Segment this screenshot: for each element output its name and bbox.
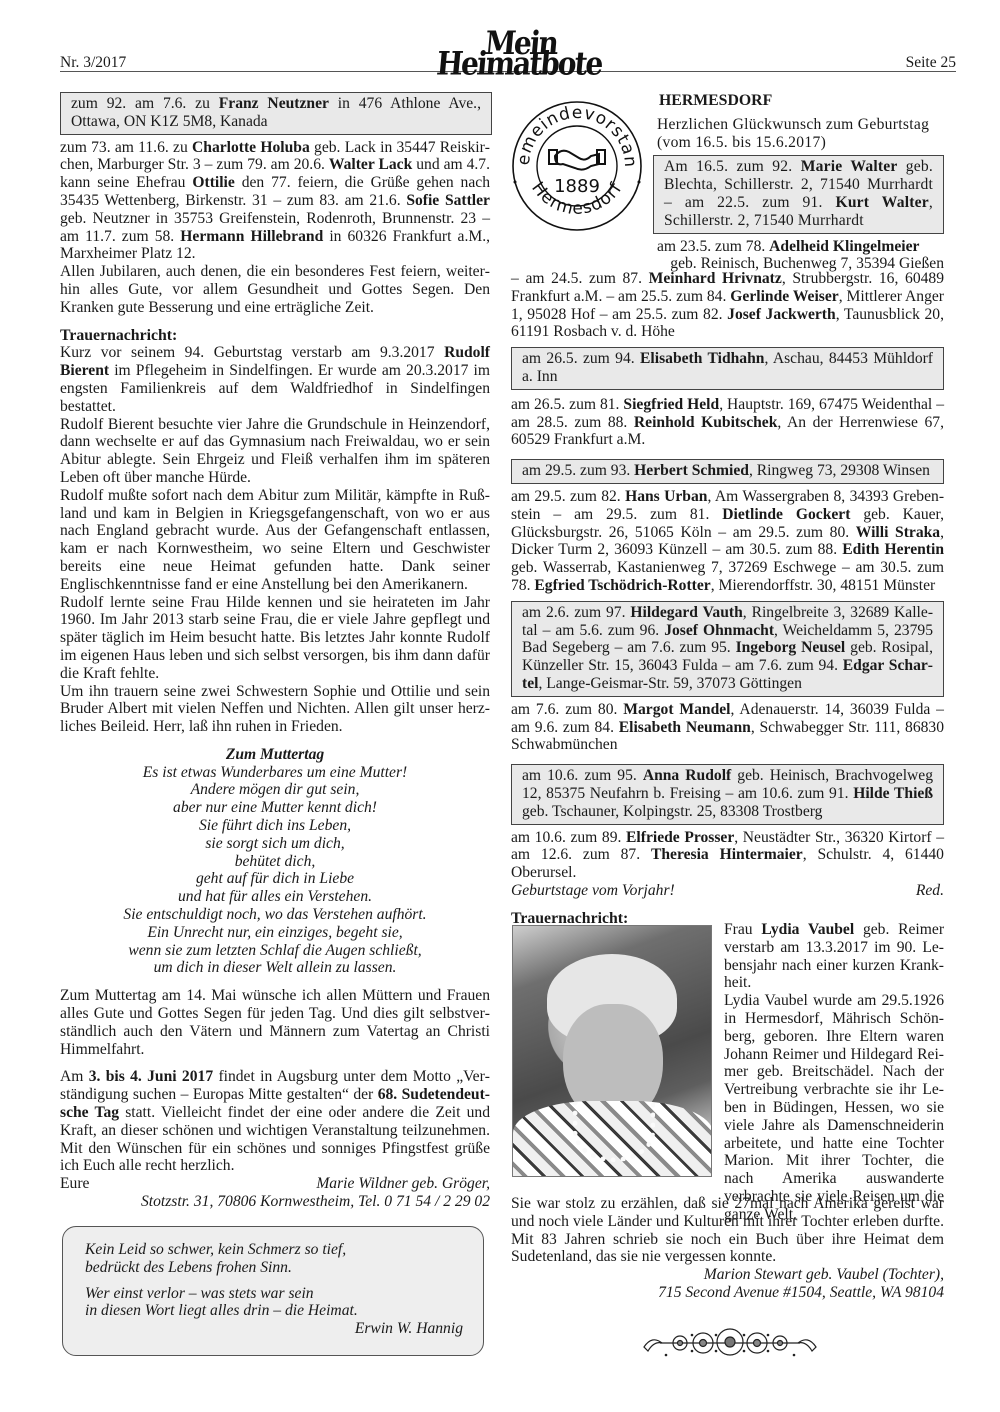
handshake-icon: [549, 150, 605, 170]
newspaper-page: Nr. 3/2017 Mein Heimatbote Seite 25 zum …: [0, 0, 1000, 1412]
highlight-box: am 10.6. zum 95. Anna Rudolf geb. Heinis…: [511, 764, 944, 824]
right-column: – am 24.5. zum 87. Meinhard Hrivnatz, St…: [511, 270, 944, 928]
portrait-photo: [512, 925, 712, 1177]
page-header: Nr. 3/2017 Mein Heimatbote Seite 25: [60, 38, 956, 72]
highlight-box: am 29.5. zum 93. Herbert Schmied, Ringwe…: [511, 459, 944, 484]
svg-text:Gemeindevorstand: Gemeindevorstand: [507, 96, 640, 169]
birthday-paragraph: am 26.5. zum 81. Siegfried Held, Hauptst…: [511, 396, 944, 449]
intro-text: Herzlichen Glückwunsch zum Geburtstag (v…: [657, 116, 944, 152]
section-heading: Trauernachricht:: [60, 327, 490, 345]
obituary-paragraph: Kurz vor seinem 94. Geburtstag verstarb …: [60, 344, 490, 415]
poem-title: Zum Muttertag: [60, 746, 490, 764]
quote-author: Erwin W. Hannig: [85, 1320, 463, 1338]
wishes-paragraph: Allen Jubilaren, auch denen, die ein bes…: [60, 263, 490, 316]
person-name: Franz Neutzner: [219, 95, 329, 112]
obituary-paragraph: Rudolf mußte sofort nach dem Abitur zum …: [60, 487, 490, 594]
birthday-paragraph: – am 24.5. zum 87. Meinhard Hrivnatz, St…: [511, 270, 944, 341]
quote-line: Kein Leid so schwer, kein Schmerz so tie…: [85, 1241, 463, 1259]
masthead-title: Mein Heimatbote: [418, 33, 622, 74]
page-number: Seite 25: [906, 54, 956, 72]
obituary-text: Frau Lydia Vaubel geb. Reimer verstarb a…: [724, 921, 944, 1224]
obituary-paragraph: Rudolf Bierent besuchte vier Jahre die G…: [60, 416, 490, 487]
quote-line: in diesen Wort liegt alles drin – die He…: [85, 1302, 463, 1320]
greeting: Eure: [60, 1175, 89, 1193]
poem-line: Es ist etwas Wunderbares um eine Mutter!: [60, 764, 490, 782]
signature-name: Marion Stewart geb. Vaubel (Tochter),: [511, 1266, 944, 1284]
poem-line: um dich in dieser Welt allein zu lassen.: [60, 959, 490, 977]
floral-ornament-icon: [640, 1325, 820, 1359]
poem-line: Andere mögen dir gut sein,: [60, 781, 490, 799]
highlight-box: am 26.5. zum 94. Elisabeth Tidhahn, Asch…: [511, 347, 944, 390]
poem-line: geht auf für dich in Liebe: [60, 870, 490, 888]
poem: Zum Muttertag Es ist etwas Wunderbares u…: [60, 746, 490, 977]
signature-row: Eure Marie Wildner geb. Gröger,: [60, 1175, 490, 1193]
obituary-paragraph: Rudolf lernte seine Frau Hilde kennen un…: [60, 594, 490, 683]
issue-number: Nr. 3/2017: [60, 54, 126, 72]
svg-text:1889: 1889: [554, 176, 600, 197]
hermesdorf-header: HERMESDORF Herzlichen Glückwunsch zum Ge…: [657, 92, 944, 273]
left-column: zum 92. am 7.6. zu Franz Neutzner in 476…: [60, 92, 490, 1211]
poem-line: wenn sie zum letzten Schlaf die Augen sc…: [60, 942, 490, 960]
editor-note: Geburtstage vom Vorjahr! Red.: [511, 882, 944, 900]
municipal-seal-icon: Gemeindevorstand Hermesdorf 1889: [507, 96, 647, 236]
poem-line: Ein Unrecht nur, ein einziges, begeht si…: [60, 924, 490, 942]
quote-line: bedrückt des Lebens frohen Sinn.: [85, 1259, 463, 1277]
birthday-paragraph: am 7.6. zum 80. Margot Mandel, Adenauers…: [511, 701, 944, 754]
poem-line: Sie entschuldigt noch, wo das Verstehen …: [60, 906, 490, 924]
birthday-line: am 23.5. zum 78. Adelheid Klingelmeier: [657, 238, 944, 256]
quote-box: Kein Leid so schwer, kein Schmerz so tie…: [62, 1226, 484, 1356]
poem-line: sie sorgt sich um dich,: [60, 835, 490, 853]
quote-line: Wer einst verlor – was stets war sein: [85, 1285, 463, 1303]
highlight-box: zum 92. am 7.6. zu Franz Neutzner in 476…: [60, 92, 492, 135]
signature-name: Marie Wildner geb. Gröger,: [316, 1175, 490, 1193]
muttertag-paragraph: Zum Muttertag am 14. Mai wünsche ich all…: [60, 987, 490, 1058]
poem-line: Sie führt dich ins Leben,: [60, 817, 490, 835]
signature-address: 715 Second Avenue #1504, Seattle, WA 981…: [511, 1284, 944, 1302]
highlight-box: am 2.6. zum 97. Hildegard Vauth, Ringelb…: [511, 601, 944, 697]
poem-line: und hat für alles ein Verstehen.: [60, 888, 490, 906]
birthday-paragraph: am 10.6. zum 89. Elfriede Prosser, Neust…: [511, 829, 944, 882]
section-heading: HERMESDORF: [657, 92, 944, 110]
signature-address: Stotzstr. 31, 70806 Kornwestheim, Tel. 0…: [60, 1193, 490, 1211]
birthday-paragraph: zum 73. am 11.6. zu Charlotte Holuba geb…: [60, 139, 490, 264]
birthday-paragraph: am 29.5. zum 82. Hans Urban, Am Wassergr…: [511, 488, 944, 595]
poem-line: aber nur eine Mutter kennt dich!: [60, 799, 490, 817]
poem-line: behütet dich,: [60, 853, 490, 871]
event-paragraph: Am 3. bis 4. Juni 2017 findet in Augsbur…: [60, 1068, 490, 1175]
highlight-box: Am 16.5. zum 92. Marie Walter geb. Blech…: [653, 155, 944, 233]
obituary-continuation: Sie war stolz zu erzählen, daß sie 27mal…: [511, 1195, 944, 1302]
obituary-paragraph: Um ihn trauern seine zwei Schwestern Sop…: [60, 683, 490, 736]
